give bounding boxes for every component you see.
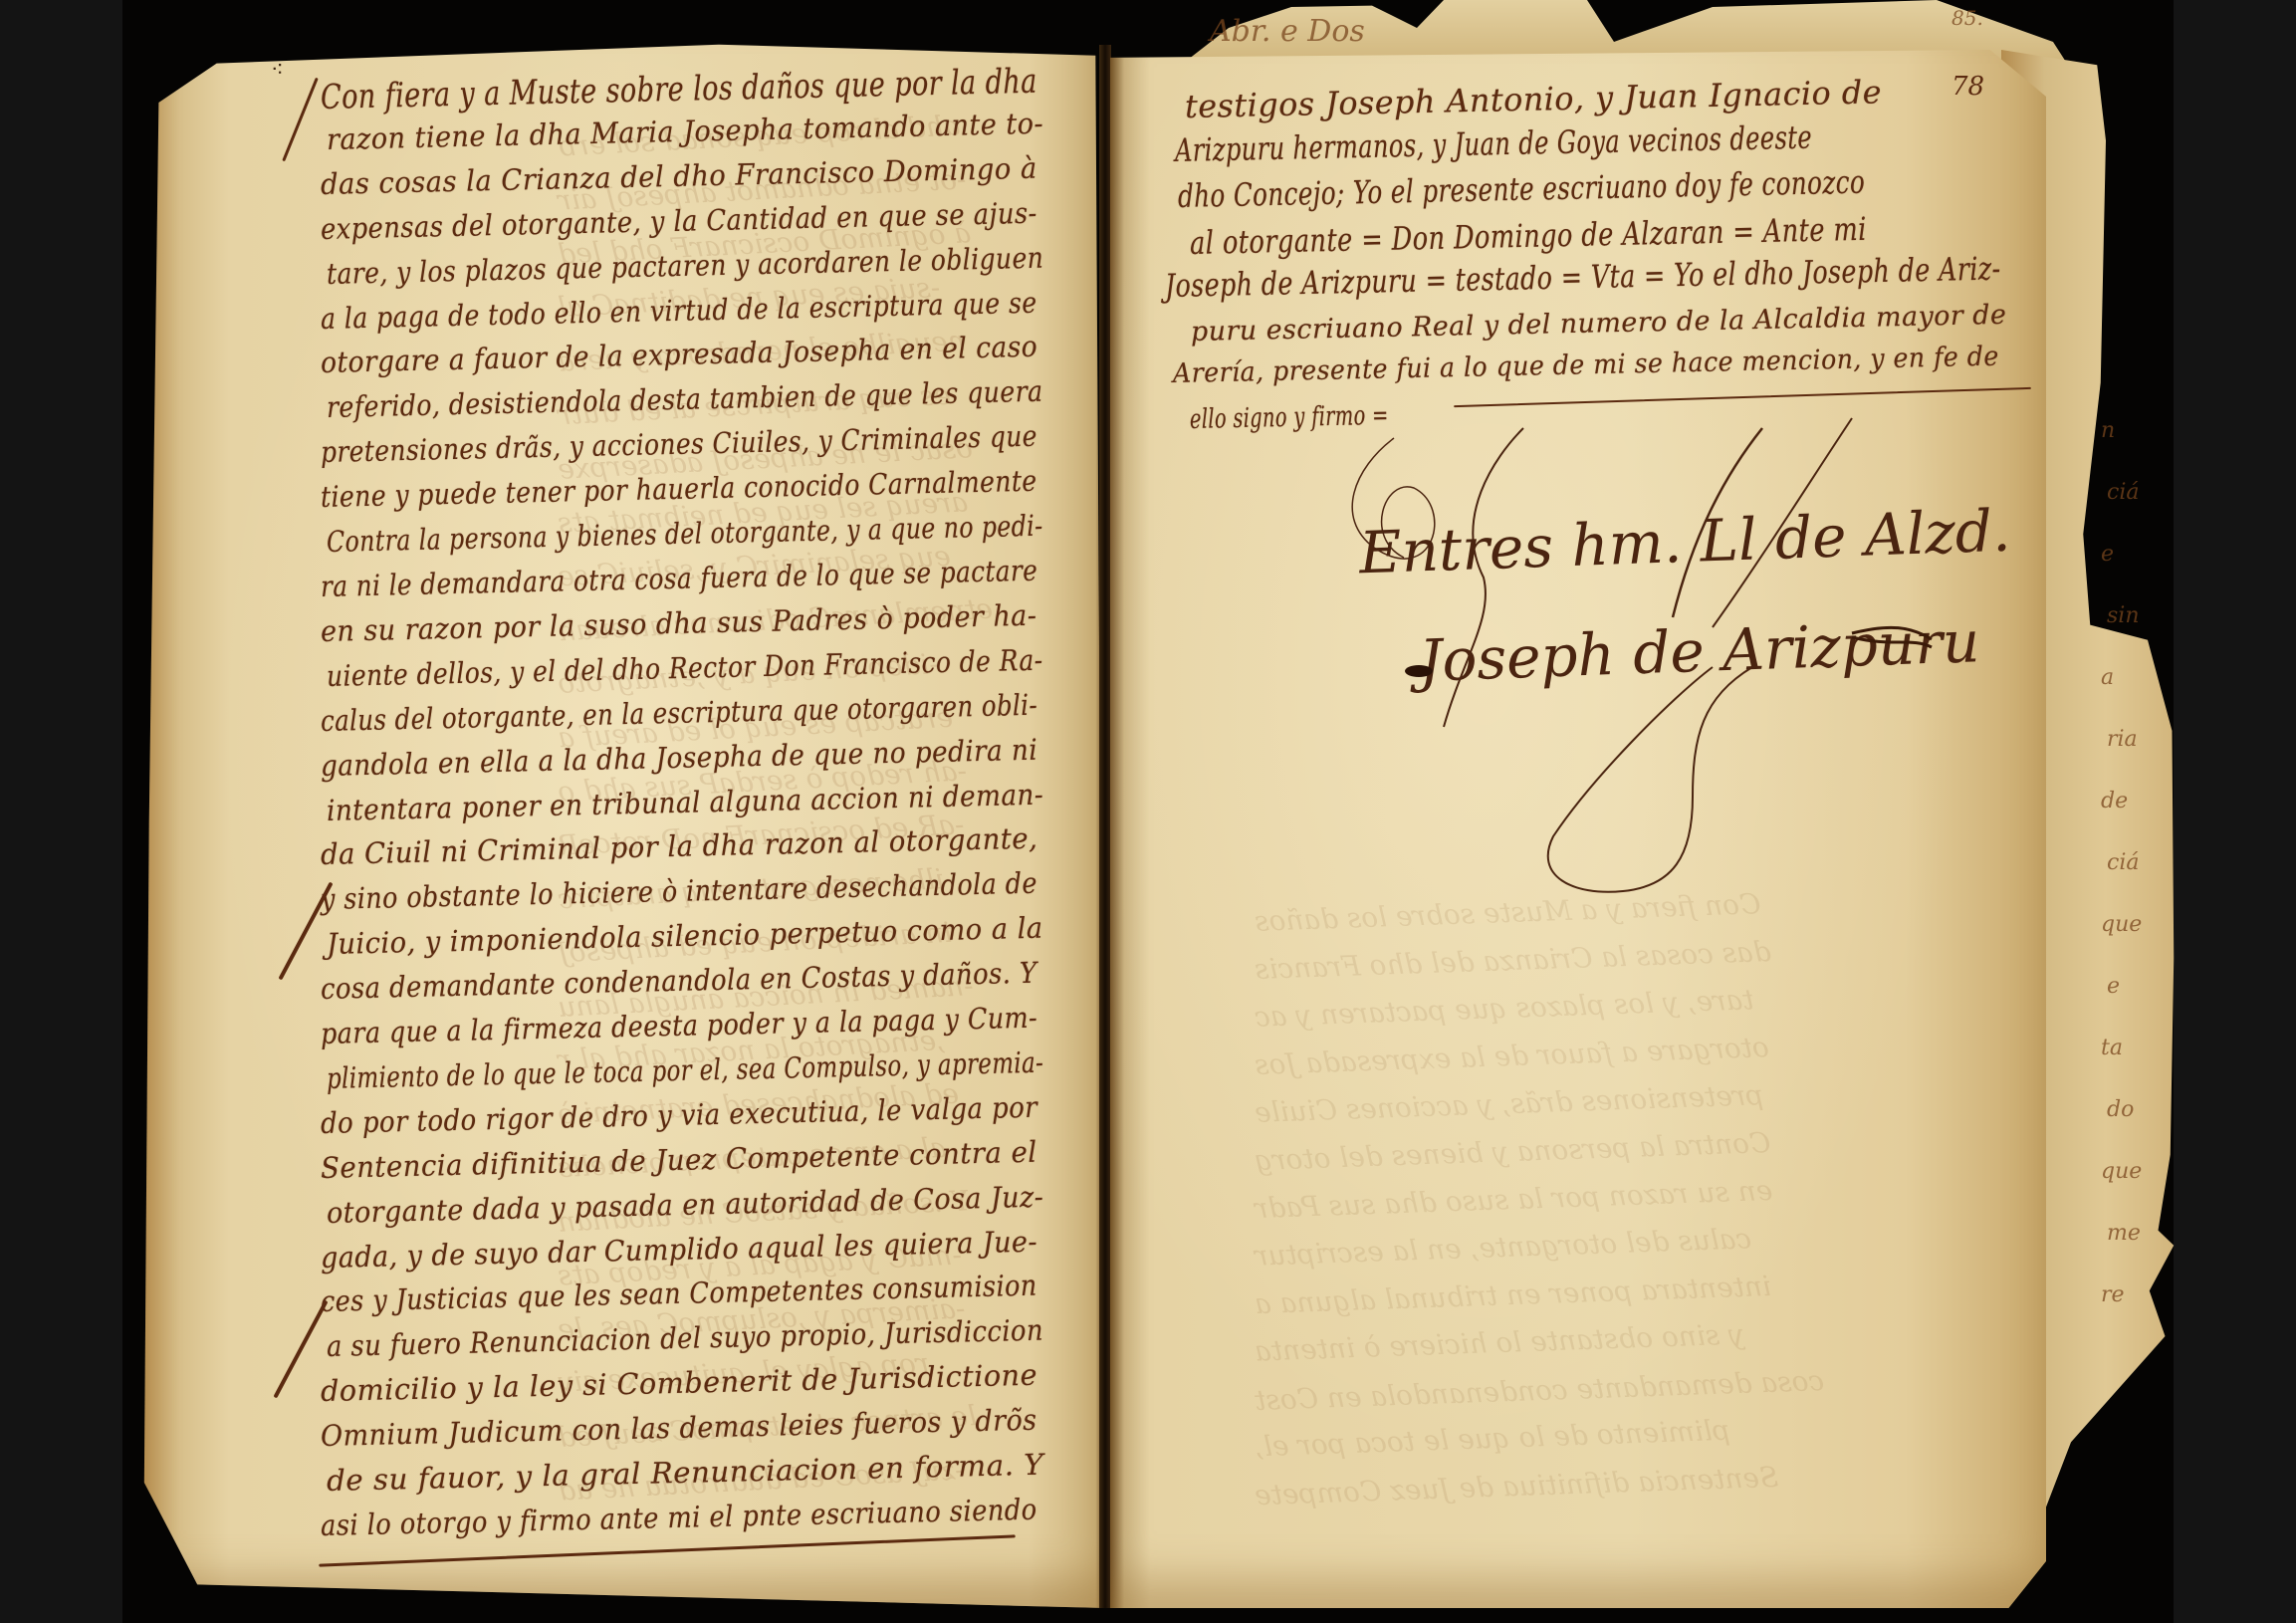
- underlying-margin-fragment: e: [2107, 974, 2120, 999]
- underlying-margin-fragment: ta: [2101, 1036, 2123, 1060]
- book-gutter: [1099, 45, 1111, 1608]
- underlying-margin-fragment: do: [2107, 1097, 2134, 1122]
- underlying-margin-fragment: ciá: [2107, 480, 2139, 505]
- underlying-margin-fragment: que: [2101, 912, 2142, 937]
- underlying-margin-fragment: me: [2107, 1221, 2141, 1246]
- underlying-margin-fragment: e: [2101, 542, 2114, 567]
- underlying-sheet-text: Abr. e Dos: [1210, 14, 1365, 49]
- underlying-margin-fragment: a: [2101, 665, 2114, 690]
- underlying-sheet-number: 85.: [1952, 6, 1983, 30]
- underlying-margin-fragment: re: [2101, 1282, 2125, 1307]
- folio-number: 78: [1952, 72, 1984, 102]
- underlying-margin-fragment: ria: [2107, 727, 2138, 752]
- underlying-margin-fragment: n: [2101, 418, 2115, 443]
- underlying-margin-fragment: que: [2101, 1159, 2142, 1184]
- corner-mark: ⁖: [271, 58, 284, 83]
- underlying-margin-fragment: ciá: [2107, 850, 2139, 875]
- signature-flourishes: [1294, 398, 1942, 916]
- underlying-margin-fragment: sin: [2107, 603, 2140, 628]
- underlying-margin-fragment: de: [2101, 789, 2128, 813]
